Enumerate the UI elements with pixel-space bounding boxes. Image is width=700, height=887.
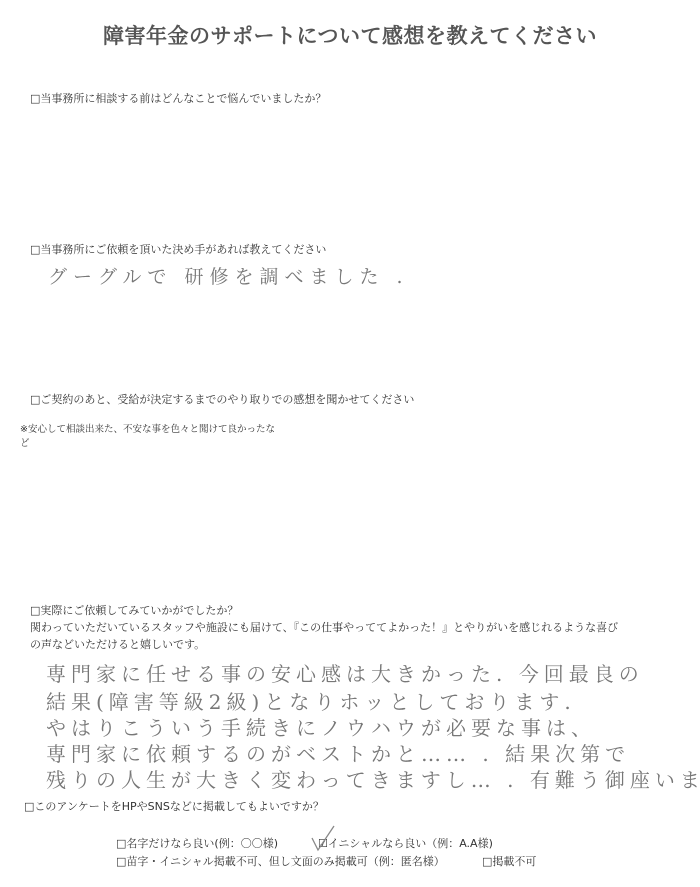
question-4-answer-line-1: 専門家に任せる事の安心感は大きかった. 今回最良の <box>46 658 644 687</box>
question-2-label: □当事務所にご依頼を頂いた決め手があれば教えてください <box>30 241 326 257</box>
checkbox-unchecked-icon[interactable]: □ <box>482 855 492 868</box>
checkbox-unchecked-icon[interactable]: □ <box>116 855 126 868</box>
handwritten-checkmark-icon <box>308 822 338 856</box>
option-surname-only[interactable]: □名字だけなら良い(例：〇〇様) <box>116 835 278 851</box>
option-label: 名字だけなら良い(例：〇〇様) <box>126 837 278 850</box>
question-2-answer: グーグルで 研修を調べました . <box>48 262 409 289</box>
question-3-label: □ご契約のあと、受給が決定するまでのやり取りでの感想を聞かせてください <box>30 391 414 407</box>
question-3-note-line-2: ど <box>20 435 30 449</box>
option-initials-ok[interactable]: ☑イニシャルなら良い（例：A.A様) <box>318 835 493 851</box>
question-4-answer-line-4: 専門家に依頼するのがベストかと…… . 結果次第で <box>46 738 630 767</box>
option-label: イニシャルなら良い（例：A.A様) <box>328 837 493 850</box>
checkbox-unchecked-icon[interactable]: □ <box>116 837 126 850</box>
question-1-label: □当事務所に相談する前はどんなことで悩んでいましたか？ <box>30 90 326 106</box>
option-no-publish[interactable]: □掲載不可 <box>482 853 536 869</box>
page-title: 障害年金のサポートについて感想を教えてください <box>0 20 700 50</box>
question-4-answer-line-2: 結果(障害等級2級)となりホッとしております. <box>46 686 576 715</box>
option-label: 掲載不可 <box>492 855 536 868</box>
question-4-label: □実際にご依頼してみていかがでしたか？ <box>30 602 238 618</box>
question-4-subtext-line-2: の声などいただけると嬉しいです。 <box>30 636 205 652</box>
option-text-only[interactable]: □苗字・イニシャル掲載不可、但し文面のみ掲載可（例：匿名様） <box>116 853 445 869</box>
question-3-note-line-1: ※安心して相談出来た、不安な事を色々と聞けて良かったな <box>20 421 275 435</box>
question-4-subtext-line-1: 関わっていただいているスタッフや施設にも届けて、『この仕事やっててよかった！』と… <box>30 619 618 635</box>
option-label: 苗字・イニシャル掲載不可、但し文面のみ掲載可（例：匿名様） <box>126 855 444 868</box>
question-4-answer-line-5: 残りの人生が大きく変わってきますし… . 有難う御座いました . <box>46 764 700 793</box>
question-5-label: □このアンケートをHPやSNSなどに掲載してもよいですか？ <box>24 798 324 814</box>
question-4-answer-line-3: やはりこういう手続きにノウハウが必要な事は、 <box>46 712 596 741</box>
